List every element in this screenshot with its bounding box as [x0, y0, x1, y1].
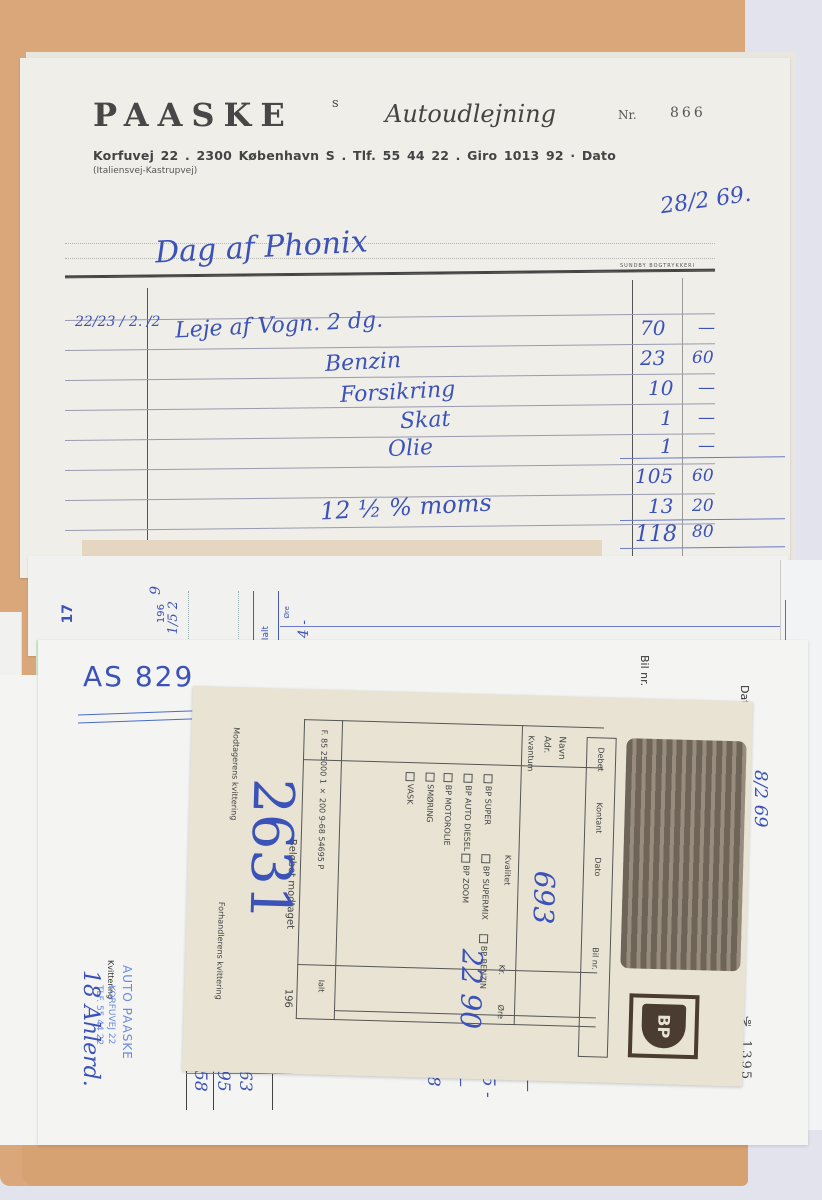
amount: 63 — [235, 1070, 255, 1092]
checkbox[interactable] — [479, 934, 488, 943]
line-ore: — — [698, 408, 715, 428]
subtotal-kr: 105 — [635, 464, 673, 488]
ruled-line — [65, 463, 715, 471]
paaske-invoice: PAASKE s Autoudlejning Nr. 866 Korfuvej … — [20, 58, 790, 578]
line-description: Skat — [399, 407, 451, 435]
receipt2-ore: Øre — [283, 606, 291, 619]
total-rule — [620, 518, 785, 521]
invoice-brand: PAASKE — [93, 96, 294, 134]
line-description: Benzin — [324, 348, 401, 377]
bp-kvantum-label: Kvantum — [526, 735, 536, 771]
bp-logo: BP — [628, 993, 700, 1059]
line-description: Leje af Vogn. 2 dg. — [174, 308, 383, 344]
checkbox[interactable] — [443, 773, 452, 782]
amount: 95 — [213, 1070, 233, 1092]
tax-ore: 20 — [692, 496, 714, 516]
product-label: BP MOTOROLIE — [442, 785, 453, 846]
invoice-brand-suffix: s — [332, 96, 339, 111]
subtotal-rule — [620, 456, 785, 459]
receipt2-rule — [280, 626, 780, 627]
bp-product-motorolie: BP MOTOROLIE — [442, 773, 454, 846]
stamp-line1: AUTO PAASKE — [120, 965, 134, 1060]
receipt2-number: 17 — [60, 604, 76, 623]
bp-kvalitet-label: Kvalitet — [503, 855, 513, 886]
product-label: BP SUPER — [483, 786, 493, 825]
receipt2-date-hand: 1/5 2 — [166, 601, 181, 634]
bp-ore-label: Øre — [496, 1005, 505, 1020]
line-ore: — — [698, 378, 715, 398]
invoice-number: 866 — [670, 105, 706, 121]
product-label: VASK — [405, 784, 415, 805]
product-label: BP SUPERMIX — [480, 866, 491, 920]
ruled-line — [65, 523, 715, 531]
line-description: Olie — [387, 435, 433, 462]
checkbox[interactable] — [483, 774, 492, 783]
bp-debet-label: Debet — [596, 747, 606, 771]
bp-product-smoring: SMØRING — [424, 773, 435, 823]
receipt2-amount: 4 - — [296, 620, 312, 638]
receipt3-date-hand: 8/2 69 — [750, 770, 771, 828]
total-kr: 118 — [635, 522, 677, 547]
bp-product-vask: VASK — [405, 772, 415, 805]
invoice-date-handwritten: 28/2 69. — [659, 182, 753, 219]
gas-station-illustration — [620, 738, 746, 971]
checkbox[interactable] — [461, 854, 470, 863]
bp-year-prefix: 196 — [282, 989, 294, 1008]
tax-kr: 13 — [648, 494, 673, 518]
kr-column-divider — [632, 280, 633, 578]
bp-kontant-label: Kontant — [594, 802, 604, 833]
line-ore: — — [698, 318, 715, 338]
tax-description: 12 ½ % moms — [319, 489, 492, 526]
signature: 18 Ahlerd. — [78, 970, 103, 1087]
bp-handwritten-amount: 22 90 — [454, 948, 489, 1029]
folder-bottom-flap — [22, 1138, 748, 1186]
bp-bil-nr-label: Bil nr. — [590, 947, 600, 970]
receipt2-year-hand: 9 — [148, 586, 164, 595]
invoice-number-label: Nr. — [618, 108, 637, 122]
line-kr: 23 — [640, 346, 665, 370]
line-kr: 70 — [640, 316, 665, 340]
bp-ialt-label: Ialt — [316, 980, 325, 993]
reference-handwritten: AS 829 — [83, 660, 194, 693]
product-label: BP ZOOM — [461, 865, 471, 903]
checkbox[interactable] — [425, 773, 434, 782]
ruled-line — [65, 313, 715, 321]
line-kr: 1 — [660, 406, 673, 430]
bp-handwritten-quantity: 693 — [526, 870, 560, 924]
amount: 58 — [190, 1070, 210, 1092]
stamp-line2: KORFUVEJ 22 — [106, 985, 116, 1044]
bp-name-label: Navn — [556, 736, 567, 760]
product-label: BP AUTO DIESEL — [462, 785, 473, 851]
total-ore: 80 — [692, 522, 714, 542]
bp-product-zoom: BP ZOOM — [460, 854, 471, 904]
subtotal-ore: 60 — [692, 466, 714, 486]
bp-handwritten-number: 2631 — [236, 777, 305, 921]
checkbox[interactable] — [481, 854, 490, 863]
line-ore: — — [698, 436, 715, 456]
bp-product-super: BP SUPER — [482, 774, 493, 825]
bp-product-supermix: BP SUPERMIX — [480, 854, 491, 920]
bp-dato-label: Dato — [593, 857, 603, 876]
invoice-address-sub: (Italiensvej-Kastrupvej) — [93, 166, 197, 176]
checkbox[interactable] — [463, 774, 472, 783]
bp-address-label: Adr. — [541, 736, 551, 754]
line-ore: 60 — [692, 348, 714, 368]
ore-column-divider — [682, 278, 683, 578]
line-kr: 10 — [648, 376, 673, 400]
bp-kr-label: Kr. — [497, 965, 506, 976]
line-kr: 1 — [660, 434, 673, 458]
line-description: Forsikring — [339, 377, 455, 408]
bp-shield-icon: BP — [641, 1004, 686, 1049]
line-date: 22/23 / 2. /2 — [75, 316, 160, 329]
bp-receipt-slip: F. 85 25000 1 × 200 9-68 54695 P Beløbet… — [182, 686, 753, 1086]
receipt2-ialt: Ialt — [261, 626, 271, 640]
invoice-customer-handwritten: Dag af Phonix — [154, 224, 368, 270]
invoice-address: Korfuvej 22 . 2300 København S . Tlf. 55… — [93, 148, 616, 163]
date-column-divider — [147, 288, 148, 578]
checkbox[interactable] — [405, 772, 414, 781]
receipt3-bil-label: Bil nr. — [638, 655, 651, 686]
product-label: SMØRING — [425, 784, 435, 823]
bp-dealer-receipt: Forhandlerens kvittering — [214, 902, 226, 1000]
invoice-subtitle: Autoudlejning — [385, 100, 556, 128]
